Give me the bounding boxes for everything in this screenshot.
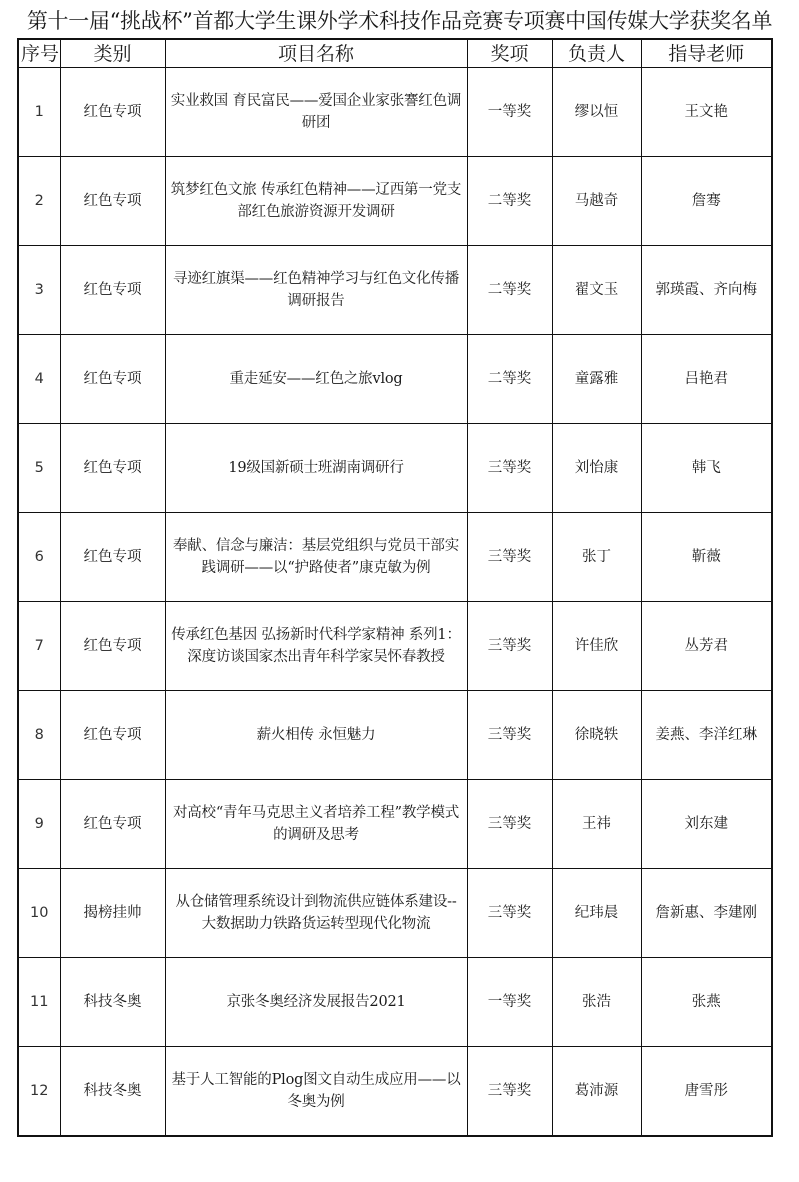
cell-category: 科技冬奥: [60, 958, 165, 1047]
header-category: 类别: [60, 39, 165, 68]
cell-advisor: 张燕: [641, 958, 772, 1047]
document-title: 第十一届“挑战杯”首都大学生课外学术科技作品竞赛专项赛中国传媒大学获奖名单: [0, 6, 799, 36]
cell-award: 三等奖: [467, 513, 552, 602]
cell-project: 京张冬奥经济发展报告2021: [165, 958, 467, 1047]
cell-category: 红色专项: [60, 424, 165, 513]
table-row: 10 揭榜挂帅 从仓储管理系统设计到物流供应链体系建设--大数据助力铁路货运转型…: [18, 869, 772, 958]
header-advisor: 指导老师: [641, 39, 772, 68]
cell-category: 红色专项: [60, 335, 165, 424]
cell-advisor: 姜燕、李洋红琳: [641, 691, 772, 780]
cell-no: 9: [18, 780, 60, 869]
table-row: 5 红色专项 19级国新硕士班湖南调研行 三等奖 刘怡康 韩飞: [18, 424, 772, 513]
award-table: 序号 类别 项目名称 奖项 负责人 指导老师 1 红色专项 实业救国 育民富民—…: [17, 38, 773, 1137]
cell-leader: 翟文玉: [552, 246, 641, 335]
cell-advisor: 王文艳: [641, 68, 772, 157]
cell-no: 5: [18, 424, 60, 513]
table-row: 4 红色专项 重走延安——红色之旅vlog 二等奖 童露雅 吕艳君: [18, 335, 772, 424]
cell-award: 二等奖: [467, 335, 552, 424]
cell-leader: 刘怡康: [552, 424, 641, 513]
cell-no: 1: [18, 68, 60, 157]
cell-award: 三等奖: [467, 869, 552, 958]
cell-category: 红色专项: [60, 246, 165, 335]
header-leader: 负责人: [552, 39, 641, 68]
cell-leader: 王祎: [552, 780, 641, 869]
cell-category: 红色专项: [60, 780, 165, 869]
cell-project: 对高校“青年马克思主义者培养工程”教学模式的调研及思考: [165, 780, 467, 869]
cell-no: 11: [18, 958, 60, 1047]
cell-no: 12: [18, 1047, 60, 1137]
cell-project: 19级国新硕士班湖南调研行: [165, 424, 467, 513]
cell-category: 红色专项: [60, 68, 165, 157]
table-row: 1 红色专项 实业救国 育民富民——爱国企业家张謇红色调研团 一等奖 缪以恒 王…: [18, 68, 772, 157]
cell-advisor: 丛芳君: [641, 602, 772, 691]
cell-category: 红色专项: [60, 691, 165, 780]
cell-leader: 童露雅: [552, 335, 641, 424]
cell-leader: 许佳欣: [552, 602, 641, 691]
cell-advisor: 靳薇: [641, 513, 772, 602]
cell-leader: 葛沛源: [552, 1047, 641, 1137]
cell-project: 奉献、信念与廉洁：基层党组织与党员干部实践调研——以“护路使者”康克敏为例: [165, 513, 467, 602]
header-project: 项目名称: [165, 39, 467, 68]
cell-award: 三等奖: [467, 780, 552, 869]
cell-no: 2: [18, 157, 60, 246]
table-row: 11 科技冬奥 京张冬奥经济发展报告2021 一等奖 张浩 张燕: [18, 958, 772, 1047]
cell-category: 红色专项: [60, 157, 165, 246]
cell-project: 基于人工智能的Plog图文自动生成应用——以冬奥为例: [165, 1047, 467, 1137]
cell-category: 红色专项: [60, 602, 165, 691]
cell-project: 从仓储管理系统设计到物流供应链体系建设--大数据助力铁路货运转型现代化物流: [165, 869, 467, 958]
cell-advisor: 韩飞: [641, 424, 772, 513]
cell-leader: 张丁: [552, 513, 641, 602]
cell-project: 筑梦红色文旅 传承红色精神——辽西第一党支部红色旅游资源开发调研: [165, 157, 467, 246]
cell-award: 二等奖: [467, 246, 552, 335]
cell-no: 8: [18, 691, 60, 780]
cell-award: 一等奖: [467, 958, 552, 1047]
cell-project: 薪火相传 永恒魅力: [165, 691, 467, 780]
cell-project: 传承红色基因 弘扬新时代科学家精神 系列1：深度访谈国家杰出青年科学家吴怀春教授: [165, 602, 467, 691]
cell-no: 7: [18, 602, 60, 691]
table-row: 12 科技冬奥 基于人工智能的Plog图文自动生成应用——以冬奥为例 三等奖 葛…: [18, 1047, 772, 1137]
cell-advisor: 郭瑛霞、齐向梅: [641, 246, 772, 335]
cell-advisor: 詹骞: [641, 157, 772, 246]
table-row: 6 红色专项 奉献、信念与廉洁：基层党组织与党员干部实践调研——以“护路使者”康…: [18, 513, 772, 602]
cell-advisor: 刘东建: [641, 780, 772, 869]
table-row: 9 红色专项 对高校“青年马克思主义者培养工程”教学模式的调研及思考 三等奖 王…: [18, 780, 772, 869]
cell-award: 一等奖: [467, 68, 552, 157]
cell-award: 三等奖: [467, 691, 552, 780]
cell-no: 4: [18, 335, 60, 424]
table-row: 2 红色专项 筑梦红色文旅 传承红色精神——辽西第一党支部红色旅游资源开发调研 …: [18, 157, 772, 246]
cell-leader: 纪玮晨: [552, 869, 641, 958]
cell-advisor: 唐雪彤: [641, 1047, 772, 1137]
cell-no: 10: [18, 869, 60, 958]
table-row: 3 红色专项 寻迹红旗渠——红色精神学习与红色文化传播调研报告 二等奖 翟文玉 …: [18, 246, 772, 335]
cell-leader: 马越奇: [552, 157, 641, 246]
cell-project: 重走延安——红色之旅vlog: [165, 335, 467, 424]
cell-no: 3: [18, 246, 60, 335]
header-no: 序号: [18, 39, 60, 68]
cell-advisor: 詹新惠、李建刚: [641, 869, 772, 958]
header-award: 奖项: [467, 39, 552, 68]
cell-award: 三等奖: [467, 1047, 552, 1137]
cell-no: 6: [18, 513, 60, 602]
cell-leader: 张浩: [552, 958, 641, 1047]
cell-award: 二等奖: [467, 157, 552, 246]
cell-advisor: 吕艳君: [641, 335, 772, 424]
cell-project: 寻迹红旗渠——红色精神学习与红色文化传播调研报告: [165, 246, 467, 335]
cell-category: 揭榜挂帅: [60, 869, 165, 958]
cell-category: 科技冬奥: [60, 1047, 165, 1137]
cell-category: 红色专项: [60, 513, 165, 602]
cell-project: 实业救国 育民富民——爱国企业家张謇红色调研团: [165, 68, 467, 157]
table-row: 8 红色专项 薪火相传 永恒魅力 三等奖 徐晓轶 姜燕、李洋红琳: [18, 691, 772, 780]
cell-leader: 缪以恒: [552, 68, 641, 157]
cell-award: 三等奖: [467, 602, 552, 691]
table-header-row: 序号 类别 项目名称 奖项 负责人 指导老师: [18, 39, 772, 68]
table-row: 7 红色专项 传承红色基因 弘扬新时代科学家精神 系列1：深度访谈国家杰出青年科…: [18, 602, 772, 691]
cell-award: 三等奖: [467, 424, 552, 513]
cell-leader: 徐晓轶: [552, 691, 641, 780]
